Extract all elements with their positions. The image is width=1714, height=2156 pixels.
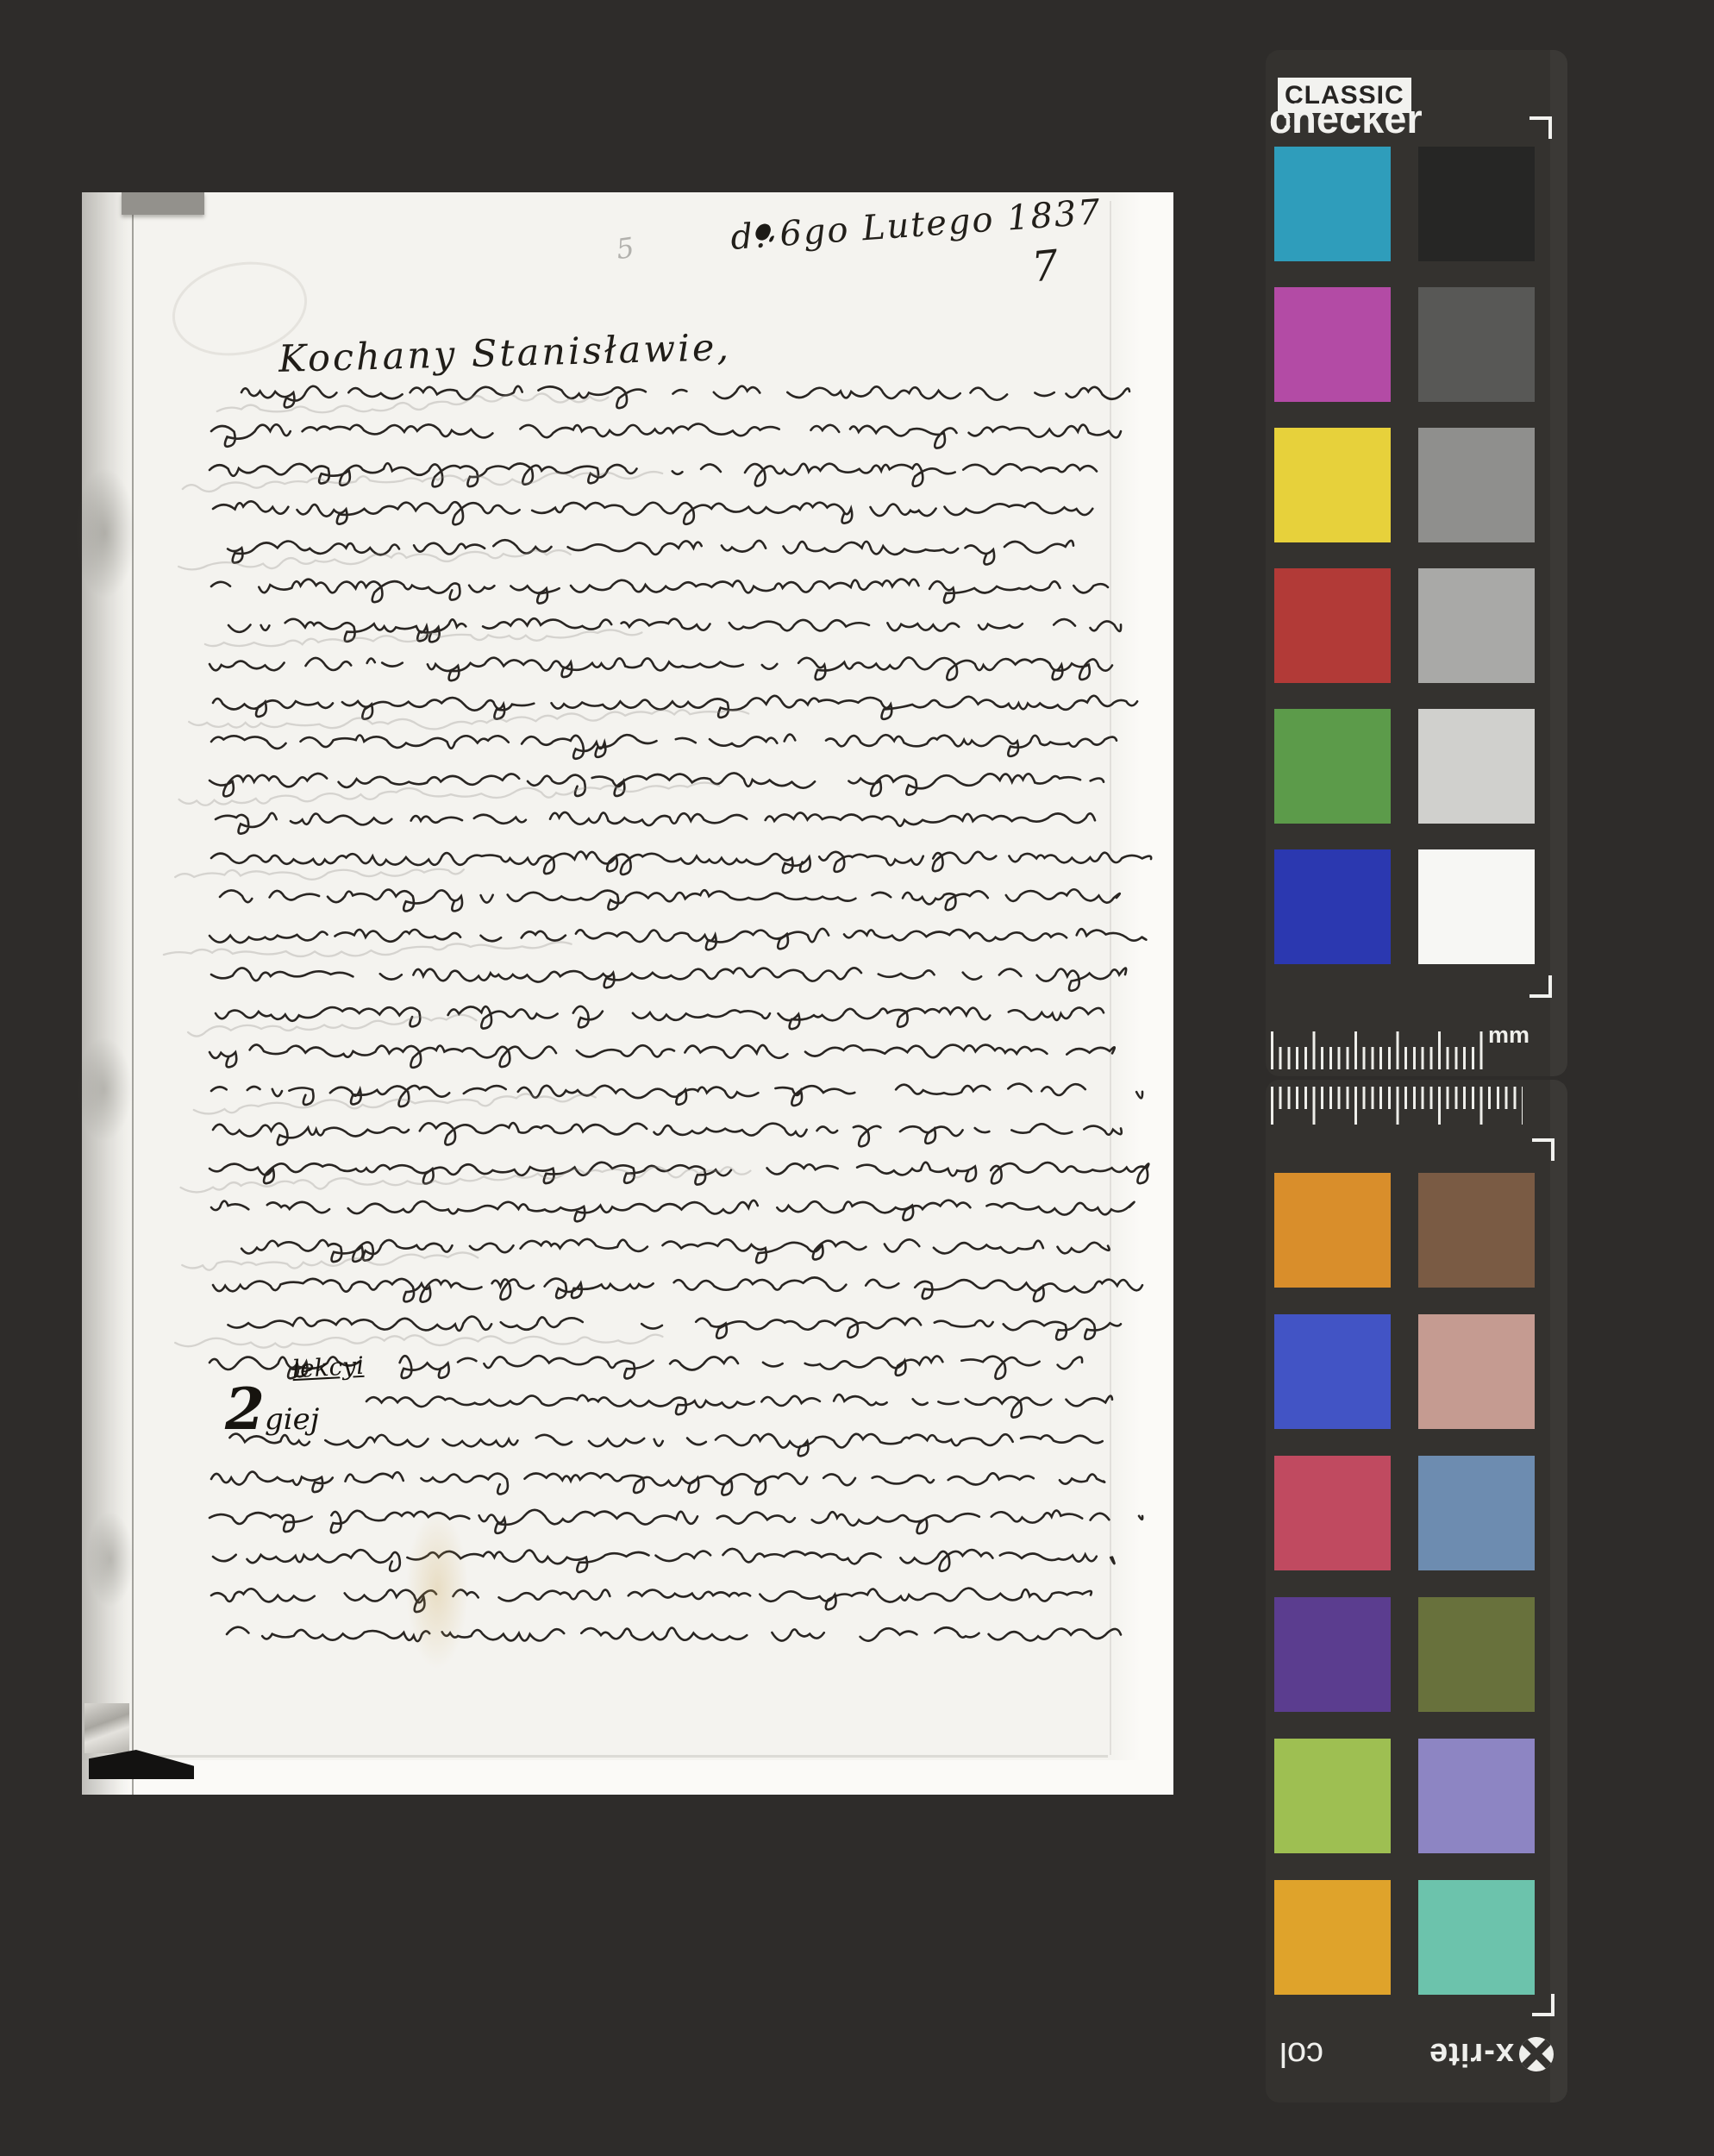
handwriting-line [210,1163,1148,1185]
showthrough-line [217,393,609,412]
color-patch-white [1418,849,1535,964]
showthrough-line [182,1252,478,1269]
handwriting-line [210,657,1112,680]
showthrough-line [188,1015,476,1037]
color-patch-lavender [1418,1739,1535,1853]
color-patch-cyan [1274,147,1391,261]
color-patch-teal [1418,1880,1535,1995]
handwriting-line [211,1084,1142,1106]
handwriting-line [227,1627,1121,1641]
handwriting-line [229,1434,1102,1457]
paper-crease [1110,201,1111,1755]
mm-ruler-bottom-card [1266,1081,1524,1126]
showthrough-line [189,710,748,729]
showthrough-line [181,1167,751,1192]
color-patch-olive [1418,1597,1535,1712]
handwriting-line [241,386,1129,408]
handwriting-line [213,696,1137,719]
color-patch-yellow [1274,428,1391,542]
color-patch-green [1274,709,1391,824]
handwriting-line [366,1395,1112,1417]
colorchecker-title: orchecker CLASSIC [1269,72,1562,117]
partial-colorchecker-text: col [1279,2035,1323,2074]
color-patch-yellow-green [1274,1739,1391,1853]
xrite-logo-icon [1519,2037,1554,2071]
color-patch-steel-blue [1418,1456,1535,1570]
corner-bracket-icon [1532,1994,1554,2016]
handwriting-body [82,192,1173,1795]
color-patch-brown [1418,1173,1535,1288]
corner-bracket-icon [1529,975,1552,998]
handwriting-line [228,540,1073,564]
handwriting-line [241,1239,1110,1263]
color-patch-blue [1274,849,1391,964]
tape-crinkle [84,1703,129,1753]
mm-ruler-top-card: mm [1266,1030,1524,1075]
xrite-wordmark: x-rite [1429,2036,1514,2073]
color-patch-red [1274,568,1391,683]
color-patch-dark-gray [1418,287,1535,402]
xrite-footer: x-rite col [1266,2032,1567,2077]
handwriting-line [211,423,1121,448]
corner-bracket-icon [1529,116,1552,139]
handwriting-line [211,968,1126,990]
handwriting-line [211,1589,1092,1612]
marginal-numeral: 2giej [225,1376,319,1443]
color-patch-magenta [1274,287,1391,402]
showthrough-line [194,1094,596,1113]
handwriting-line [210,929,1146,950]
ruler-unit-label: mm [1488,1022,1529,1049]
color-patch-pink-tan [1418,1314,1535,1429]
color-patch-grid-top [1274,147,1535,964]
ruler-ticks-major [1271,1031,1483,1069]
color-patch-light-gray [1418,709,1535,824]
handwriting-line [228,1316,1122,1339]
color-patch-amber [1274,1880,1391,1995]
handwriting-line [220,889,1120,911]
handwriting-line [211,735,1117,759]
color-patch-gray [1418,568,1535,683]
showthrough-line [175,1335,662,1348]
letter-photograph: 5 d. 6go Lutego 1837 7 Kochany Stanisław… [82,192,1173,1795]
color-patch-grid-bottom [1274,1173,1535,1995]
ruler-ticks-major [1271,1087,1523,1125]
handwriting-line [210,1510,1142,1533]
showthrough-line [179,783,720,805]
handwriting-line [213,1549,1115,1572]
paper-stain [406,1510,468,1669]
handwriting-line [216,1006,1104,1029]
handwriting-line [213,501,1092,524]
handwriting-line [213,1277,1142,1301]
color-patch-purple [1274,1597,1391,1712]
colorchecker-top-card: orchecker CLASSIC mm [1266,50,1567,1076]
showthrough-line [164,942,572,956]
photo-mount-background: 5 d. 6go Lutego 1837 7 Kochany Stanisław… [0,0,1714,2156]
handwriting-line [211,580,1108,604]
corner-bracket-icon [1532,1138,1554,1161]
handwriting-line [211,1200,1135,1222]
color-patch-orange [1274,1173,1391,1288]
color-patch-crimson [1274,1456,1391,1570]
colorchecker-bottom-card: x-rite col [1266,1080,1567,2103]
inserted-word: lekcyi [291,1351,365,1383]
paper-edge [116,1755,1108,1758]
color-patch-royal-blue [1274,1314,1391,1429]
showthrough-line [175,869,464,880]
handwriting-line [216,812,1095,834]
handwriting-line [210,773,1104,796]
handwriting-line [211,1472,1104,1495]
color-patch-mid-gray [1418,428,1535,542]
handwriting-line [213,1123,1122,1146]
color-patch-black [1418,147,1535,261]
handwriting-line [210,1044,1115,1067]
